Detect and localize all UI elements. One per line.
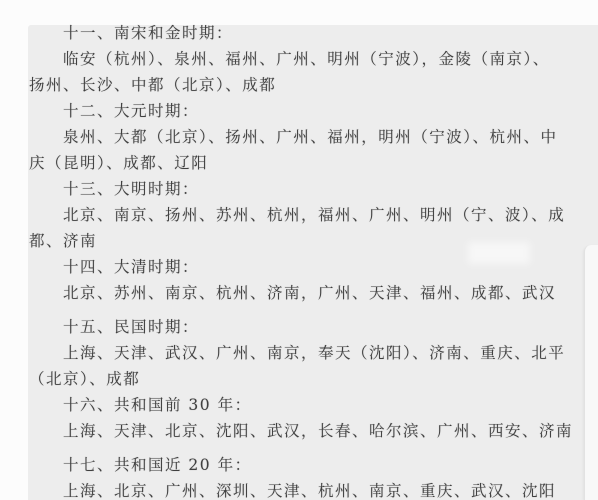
section-heading: 十七、共和国近 20 年： — [29, 452, 574, 478]
document-section: 十七、共和国近 20 年：上海、北京、广州、深圳、天津、杭州、南京、重庆、武汉、… — [29, 452, 574, 500]
text-line: 庆（昆明）、成都、辽阳 — [29, 150, 574, 176]
text-line: 都、济南 — [29, 228, 574, 254]
document-section: 十五、民国时期：上海、天津、武汉、广州、南京，奉天（沈阳）、济南、重庆、北平（北… — [29, 314, 574, 392]
screenshot-root: { "colors": { "outer_background": "#fcfc… — [0, 0, 598, 500]
document-text: 十一、南宋和金时期：临安（杭州）、泉州、福州、广州、明州（宁波），金陵（南京）、… — [29, 20, 574, 500]
section-heading: 十六、共和国前 30 年： — [29, 392, 574, 418]
text-line: 上海、北京、广州、深圳、天津、杭州、南京、重庆、武汉、沈阳 — [29, 478, 574, 500]
text-line: 泉州、大都（北京）、扬州、广州、福州，明州（宁波）、杭州、中 — [29, 124, 574, 150]
text-line: 扬州、长沙、中都（北京）、成都 — [29, 72, 574, 98]
document-section: 十六、共和国前 30 年：上海、天津、北京、沈阳、武汉，长春、哈尔滨、广州、西安… — [29, 392, 574, 444]
document-section: 十一、南宋和金时期：临安（杭州）、泉州、福州、广州、明州（宁波），金陵（南京）、… — [29, 20, 574, 98]
section-heading: 十三、大明时期： — [29, 176, 574, 202]
scrollbar[interactable] — [584, 245, 598, 500]
text-line: 北京、苏州、南京、杭州、济南，广州、天津、福州、成都、武汉 — [29, 280, 574, 306]
document-section: 十二、大元时期：泉州、大都（北京）、扬州、广州、福州，明州（宁波）、杭州、中庆（… — [29, 98, 574, 176]
text-line: 北京、南京、扬州、苏州、杭州，福州、广州、明州（宁、波）、成 — [29, 202, 574, 228]
text-line: 上海、天津、武汉、广州、南京，奉天（沈阳）、济南、重庆、北平 — [29, 340, 574, 366]
document-section: 十三、大明时期：北京、南京、扬州、苏州、杭州，福州、广州、明州（宁、波）、成都、… — [29, 176, 574, 254]
section-heading: 十五、民国时期： — [29, 314, 574, 340]
section-heading: 十二、大元时期： — [29, 98, 574, 124]
section-heading: 十四、大清时期： — [29, 254, 574, 280]
text-line: 上海、天津、北京、沈阳、武汉，长春、哈尔滨、广州、西安、济南 — [29, 418, 574, 444]
document-section: 十四、大清时期：北京、苏州、南京、杭州、济南，广州、天津、福州、成都、武汉 — [29, 254, 574, 306]
text-line: 临安（杭州）、泉州、福州、广州、明州（宁波），金陵（南京）、 — [29, 46, 574, 72]
section-heading: 十一、南宋和金时期： — [29, 20, 574, 46]
text-line: （北京）、成都 — [29, 366, 574, 392]
